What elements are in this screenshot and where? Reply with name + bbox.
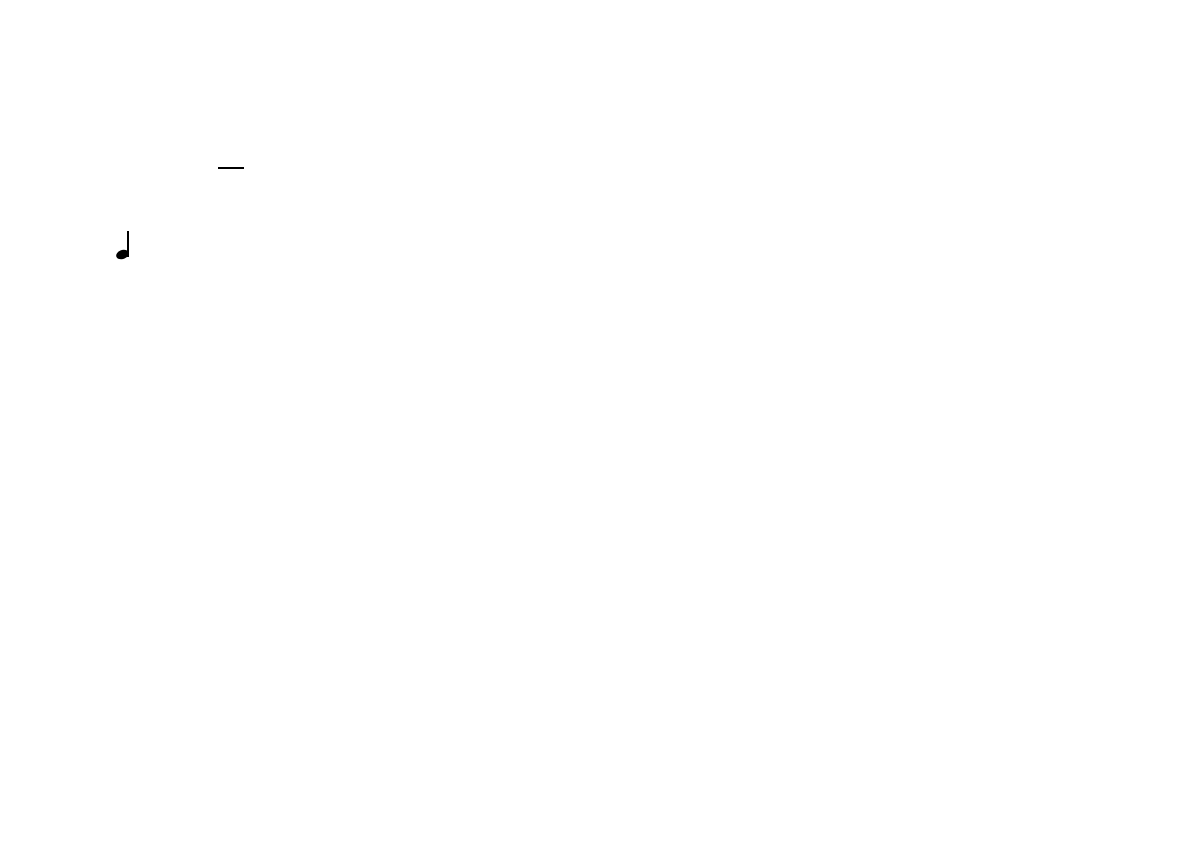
tempo-marking: [116, 228, 132, 265]
quarter-note-icon: [116, 231, 132, 261]
time-divider: [218, 167, 244, 169]
time-signature: [218, 166, 244, 170]
